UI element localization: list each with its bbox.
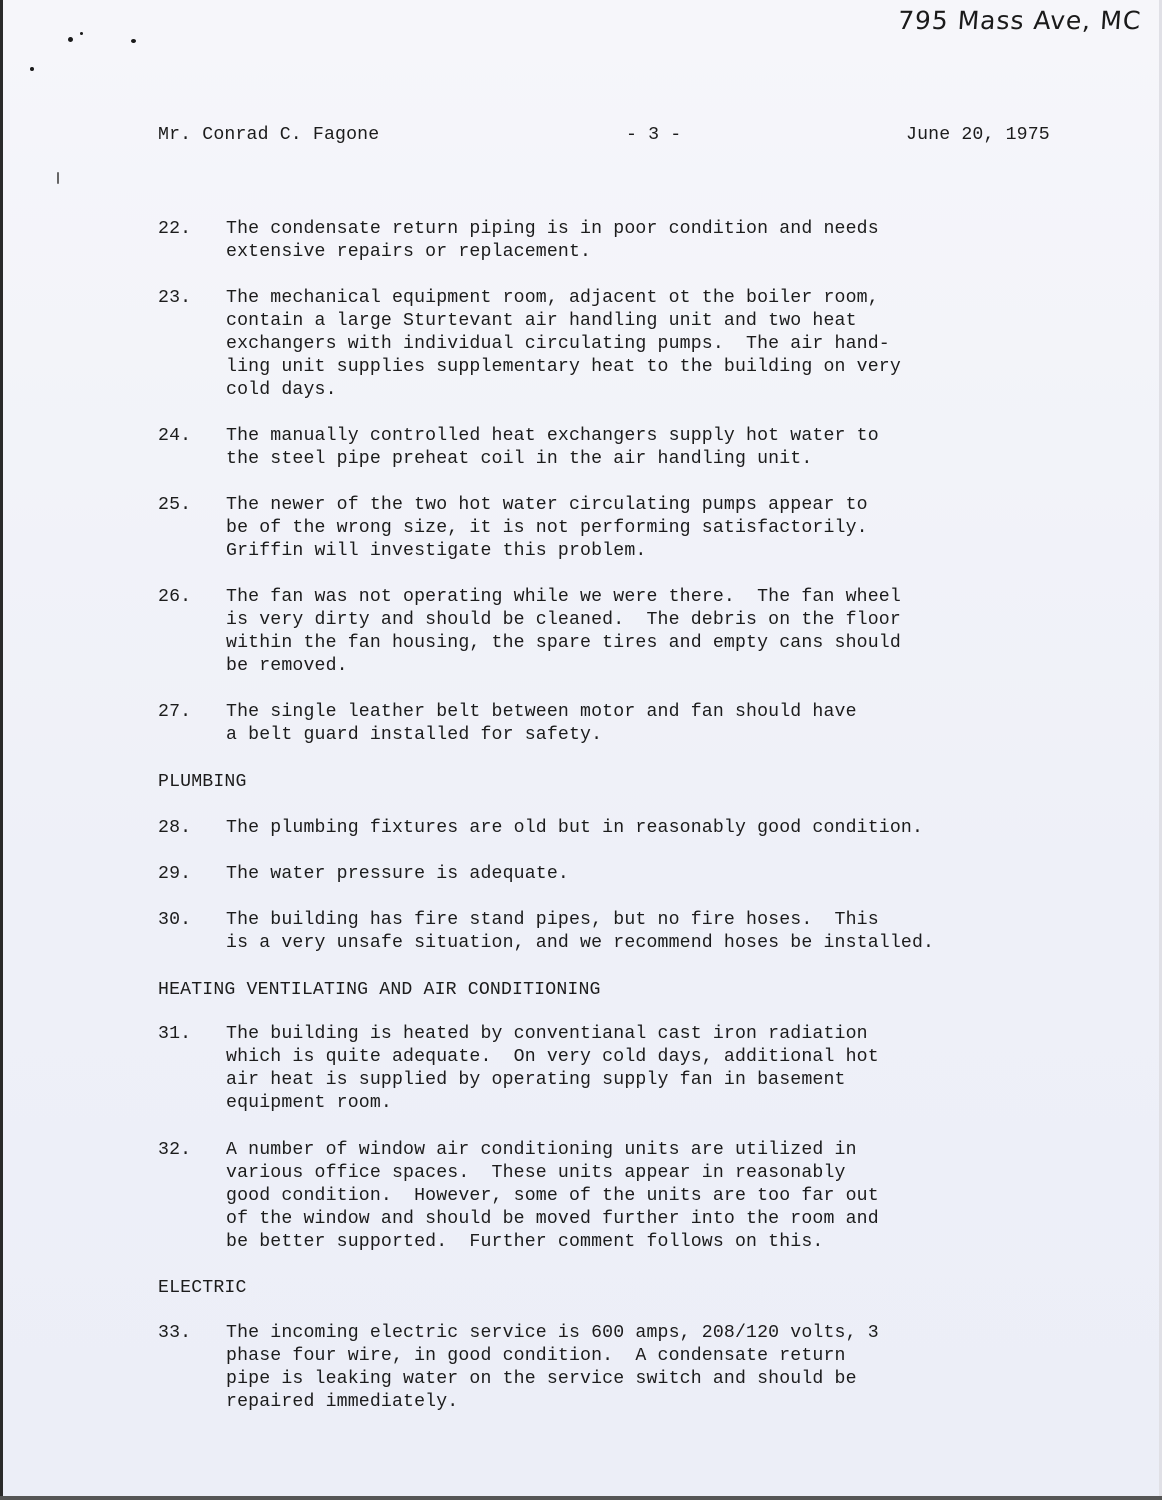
item-text-line: be removed. xyxy=(226,655,348,678)
section-heading: PLUMBING xyxy=(158,771,247,794)
item-text-line: The plumbing fixtures are old but in rea… xyxy=(226,817,923,840)
item-text-line: The fan was not operating while we were … xyxy=(226,586,901,609)
item-number: 25. xyxy=(158,494,191,517)
item-text-line: The condensate return piping is in poor … xyxy=(226,218,879,241)
scan-bottom-edge xyxy=(0,1496,1162,1500)
item-text-line: a belt guard installed for safety. xyxy=(226,724,602,747)
item-text-line: the steel pipe preheat coil in the air h… xyxy=(226,448,812,471)
item-text-line: exchangers with individual circulating p… xyxy=(226,333,890,356)
scan-speck xyxy=(80,32,83,35)
item-text-line: which is quite adequate. On very cold da… xyxy=(226,1046,879,1069)
item-text-line: pipe is leaking water on the service swi… xyxy=(226,1368,857,1391)
document-page: 795 Mass Ave, MC Mr. Conrad C. Fagone - … xyxy=(0,0,1162,1500)
item-text-line: repaired immediately. xyxy=(226,1391,458,1414)
scan-left-edge xyxy=(0,0,3,1500)
section-heading: HEATING VENTILATING AND AIR CONDITIONING xyxy=(158,979,601,1002)
item-number: 31. xyxy=(158,1023,191,1046)
item-text-line: be of the wrong size, it is not performi… xyxy=(226,517,868,540)
item-text-line: A number of window air conditioning unit… xyxy=(226,1139,857,1162)
item-text-line: The manually controlled heat exchangers … xyxy=(226,425,879,448)
section-heading: ELECTRIC xyxy=(158,1277,247,1300)
item-number: 24. xyxy=(158,425,191,448)
recipient-name: Mr. Conrad C. Fagone xyxy=(158,124,379,147)
item-text-line: be better supported. Further comment fol… xyxy=(226,1231,823,1254)
item-number: 23. xyxy=(158,287,191,310)
item-number: 33. xyxy=(158,1322,191,1345)
item-text-line: The mechanical equipment room, adjacent … xyxy=(226,287,879,310)
item-number: 29. xyxy=(158,863,191,886)
item-text-line: cold days. xyxy=(226,379,337,402)
scan-speck xyxy=(131,39,136,43)
item-text-line: The incoming electric service is 600 amp… xyxy=(226,1322,879,1345)
item-text-line: equipment room. xyxy=(226,1092,392,1115)
item-number: 32. xyxy=(158,1139,191,1162)
item-text-line: within the fan housing, the spare tires … xyxy=(226,632,901,655)
handwritten-address-note: 795 Mass Ave, MC xyxy=(897,6,1142,35)
item-text-line: The building is heated by conventianal c… xyxy=(226,1023,868,1046)
item-text-line: The building has fire stand pipes, but n… xyxy=(226,909,879,932)
item-text-line: various office spaces. These units appea… xyxy=(226,1162,846,1185)
item-text-line: ling unit supplies supplementary heat to… xyxy=(226,356,901,379)
item-text-line: air heat is supplied by operating supply… xyxy=(226,1069,846,1092)
item-number: 28. xyxy=(158,817,191,840)
item-text-line: The newer of the two hot water circulati… xyxy=(226,494,868,517)
item-number: 26. xyxy=(158,586,191,609)
item-text-line: good condition. However, some of the uni… xyxy=(226,1185,879,1208)
item-text-line: The single leather belt between motor an… xyxy=(226,701,857,724)
page-number: - 3 - xyxy=(626,124,681,147)
scan-mark xyxy=(57,172,59,184)
item-text-line: extensive repairs or replacement. xyxy=(226,241,591,264)
letter-date: June 20, 1975 xyxy=(906,124,1050,147)
item-text-line: Griffin will investigate this problem. xyxy=(226,540,646,563)
item-number: 22. xyxy=(158,218,191,241)
scan-speck xyxy=(68,37,73,42)
item-text-line: of the window and should be moved furthe… xyxy=(226,1208,879,1231)
item-text-line: is a very unsafe situation, and we recom… xyxy=(226,932,934,955)
scan-speck xyxy=(30,67,34,71)
item-text-line: phase four wire, in good condition. A co… xyxy=(226,1345,846,1368)
item-number: 30. xyxy=(158,909,191,932)
item-text-line: contain a large Sturtevant air handling … xyxy=(226,310,857,333)
item-text-line: The water pressure is adequate. xyxy=(226,863,569,886)
item-text-line: is very dirty and should be cleaned. The… xyxy=(226,609,901,632)
item-number: 27. xyxy=(158,701,191,724)
